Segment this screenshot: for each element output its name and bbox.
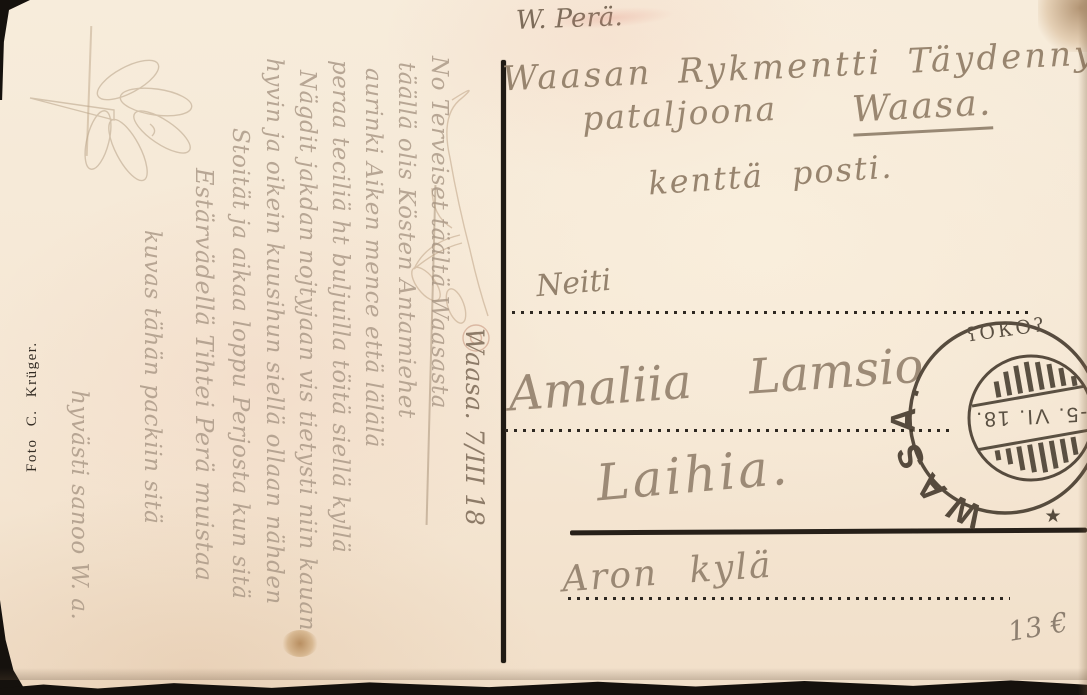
scan-edge-right [1078, 0, 1087, 695]
sender-battalion-place: Waasa. [851, 82, 993, 130]
price-note: 13 € [1006, 607, 1071, 648]
message-line: Stoität ja aikaa loppu Perjosta kun sitä [227, 128, 253, 599]
message-line: täällä olis Kösten Antamiehet [393, 62, 419, 419]
message-line: kuvas tähän packiin sitä [139, 230, 165, 524]
address-name: Amaliia Lamsio [507, 338, 926, 423]
printer-imprint: Foto C. Krüger. [24, 341, 41, 472]
field-post-note: kenttä posti. [647, 147, 894, 202]
message-line: hyvin ja oikein kuusihun siellä ollaan n… [261, 58, 287, 605]
scan-edge-bottom-left [0, 600, 28, 695]
address-town: Laihia. [594, 438, 792, 513]
message-line: peraa teciliä ht buljuilla töitä siellä … [327, 60, 353, 553]
postmark-ornament: ʕОКОʔ [965, 313, 1049, 346]
postmark-stamp: WASA. -5. VI. 18. ʕОКОʔ ★ [903, 288, 1087, 548]
divider-line [501, 60, 506, 663]
message-line: Nägdit jakdan nojtyjaan vis tietysti nii… [294, 70, 320, 631]
scan-edge-bottom [0, 678, 1087, 695]
address-title: Neiti [535, 263, 613, 304]
message-line: Estärvädellä Tihtei Perä muistaa [190, 168, 218, 581]
postmark-star: ★ [1044, 505, 1061, 527]
message-signature: hyvästi sanoo W. a. [66, 390, 92, 620]
underlined-place: Waasa. [851, 82, 993, 136]
sender-unit-line: Waasan Rykmentti Täydennys [501, 33, 1087, 100]
address-village: Aron kylä [561, 545, 774, 601]
brown-stain [282, 630, 318, 657]
message-date-line: Waasa. 7/III 18 [460, 328, 489, 526]
flower-sketch [10, 28, 220, 188]
postcard-scan: Foto C. Krüger. Waasa. 7/III 18 No Terve… [0, 0, 1087, 695]
bottom-shadow [0, 668, 1087, 680]
sender-battalion: pataljoona [581, 89, 778, 138]
message-line: aurinki Aiken mence että lälälä [360, 68, 386, 448]
message-line: No Terveiset täältä Waasasta [426, 56, 452, 409]
address-dotted-line-3 [568, 597, 1010, 600]
postmark-inner-design: -5. VI. 18. [964, 353, 1087, 483]
postmark-date: -5. VI. 18. [974, 402, 1087, 431]
